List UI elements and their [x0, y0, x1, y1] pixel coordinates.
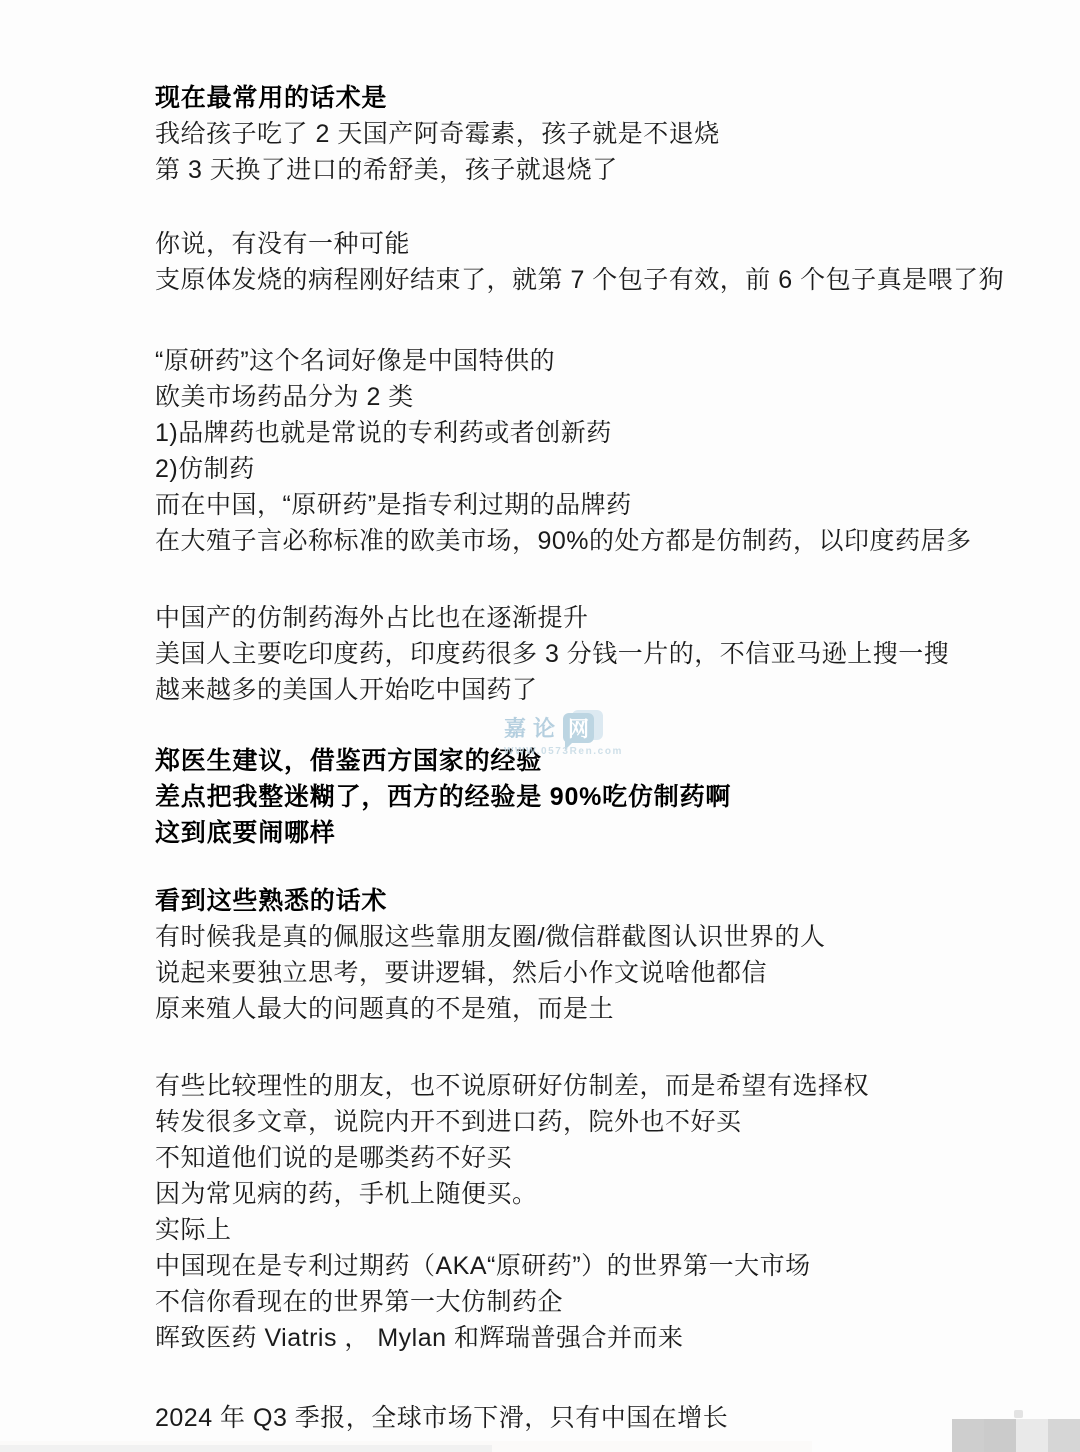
text-line: 不知道他们说的是哪类药不好买 [155, 1140, 1055, 1176]
paragraph: 2024 年 Q3 季报，全球市场下滑，只有中国在增长 [155, 1400, 1055, 1436]
paragraph: 看到这些熟悉的话术有时候我是真的佩服这些靠朋友圈/微信群截图认识世界的人说起来要… [155, 883, 1055, 1027]
paragraph: 有些比较理性的朋友，也不说原研好仿制差，而是希望有选择权转发很多文章，说院内开不… [155, 1068, 1055, 1356]
watermark-bubble-icon: 网 [563, 713, 594, 743]
text-line: 2)仿制药 [155, 451, 1055, 487]
watermark-logo-row: 嘉论 网 [504, 712, 623, 743]
corner-block [1016, 1419, 1048, 1452]
paragraph: 中国产的仿制药海外占比也在逐渐提升美国人主要吃印度药，印度药很多 3 分钱一片的… [155, 600, 1055, 708]
corner-block [1048, 1419, 1080, 1452]
watermark-url: WWW.0573Ren.com [504, 746, 623, 757]
text-line: 因为常见病的药，手机上随便买。 [155, 1176, 1055, 1212]
text-line: 而在中国，“原研药”是指专利过期的品牌药 [155, 487, 1055, 523]
watermark-site-name: 嘉论 [504, 712, 562, 743]
text-line: 第 3 天换了进口的希舒美，孩子就退烧了 [155, 152, 1055, 188]
text-line: 晖致医药 Viatris ， Mylan 和辉瑞普强合并而来 [155, 1320, 1055, 1356]
watermark-bubble-char: 网 [568, 713, 589, 743]
paragraph: 郑医生建议，借鉴西方国家的经验差点把我整迷糊了，西方的经验是 90%吃仿制药啊这… [155, 743, 1055, 851]
corner-block [984, 1419, 1016, 1452]
text-line: 1)品牌药也就是常说的专利药或者创新药 [155, 415, 1055, 451]
heading-line: 看到这些熟悉的话术 [155, 883, 1055, 919]
paragraph: 现在最常用的话术是我给孩子吃了 2 天国产阿奇霉素，孩子就是不退烧第 3 天换了… [155, 80, 1055, 188]
text-line: 有时候我是真的佩服这些靠朋友圈/微信群截图认识世界的人 [155, 919, 1055, 955]
corner-watermark-blocks [952, 1419, 1080, 1452]
text-line: 越来越多的美国人开始吃中国药了 [155, 672, 1055, 708]
text-line: 不信你看现在的世界第一大仿制药企 [155, 1284, 1055, 1320]
corner-watermark-speck [1014, 1410, 1023, 1418]
corner-block [952, 1419, 984, 1452]
heading-line: 现在最常用的话术是 [155, 80, 1055, 116]
text-line: 2024 年 Q3 季报，全球市场下滑，只有中国在增长 [155, 1400, 1055, 1436]
text-line: 在大殖子言必称标准的欧美市场，90%的处方都是仿制药，以印度药居多 [155, 523, 1055, 559]
text-line: 支原体发烧的病程刚好结束了，就第 7 个包子有效，前 6 个包子真是喂了狗 [155, 262, 1055, 298]
bottom-strip-left [0, 1445, 492, 1452]
post-body: 现在最常用的话术是我给孩子吃了 2 天国产阿奇霉素，孩子就是不退烧第 3 天换了… [155, 80, 1055, 1436]
text-line: 原来殖人最大的问题真的不是殖，而是土 [155, 991, 1055, 1027]
text-line: 中国现在是专利过期药（AKA“原研药”）的世界第一大市场 [155, 1248, 1055, 1284]
text-line: 说起来要独立思考，要讲逻辑，然后小作文说啥他都信 [155, 955, 1055, 991]
site-watermark: 嘉论 网 WWW.0573Ren.com [504, 712, 623, 757]
text-line: 我给孩子吃了 2 天国产阿奇霉素，孩子就是不退烧 [155, 116, 1055, 152]
text-line: “原研药”这个名词好像是中国特供的 [155, 343, 1055, 379]
heading-line: 这到底要闹哪样 [155, 815, 1055, 851]
text-line: 中国产的仿制药海外占比也在逐渐提升 [155, 600, 1055, 636]
heading-line: 差点把我整迷糊了，西方的经验是 90%吃仿制药啊 [155, 779, 1055, 815]
paragraph: 你说，有没有一种可能支原体发烧的病程刚好结束了，就第 7 个包子有效，前 6 个… [155, 226, 1055, 298]
text-line: 你说，有没有一种可能 [155, 226, 1055, 262]
paragraph: “原研药”这个名词好像是中国特供的欧美市场药品分为 2 类1)品牌药也就是常说的… [155, 343, 1055, 559]
text-line: 转发很多文章，说院内开不到进口药，院外也不好买 [155, 1104, 1055, 1140]
text-line: 美国人主要吃印度药，印度药很多 3 分钱一片的，不信亚马逊上搜一搜 [155, 636, 1055, 672]
text-line: 欧美市场药品分为 2 类 [155, 379, 1055, 415]
text-line: 有些比较理性的朋友，也不说原研好仿制差，而是希望有选择权 [155, 1068, 1055, 1104]
text-line: 实际上 [155, 1212, 1055, 1248]
